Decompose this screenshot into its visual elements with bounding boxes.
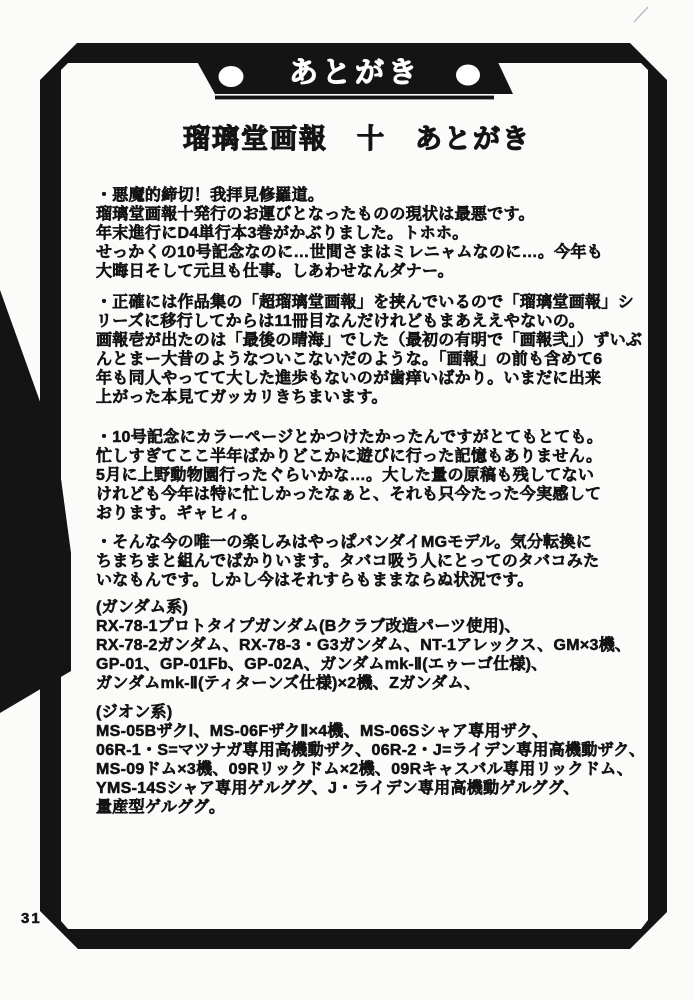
text-line: いなもんです。しかし今はそれすらもままならぬ状況です。 <box>96 571 599 590</box>
text-line: 年も同人やってて大した進歩もないのが歯痒いばかり。いまだに出来 <box>96 369 642 388</box>
text-line: ・10号記念にカラーページとかつけたかったんですがとてもとても。 <box>96 428 603 447</box>
list-item: 06R-1・S=マツナガ専用高機動ザク、06R-2・J=ライデン専用高機動ザク、 <box>96 741 645 760</box>
list-heading: (ガンダム系) <box>96 598 631 617</box>
list-item: MS-09ドム×3機、09Rリックドム×2機、09Rキャスバル専用リックドム、 <box>96 760 645 779</box>
banner-title: あとがき <box>247 50 463 91</box>
text-line: ちまちまと組んでばかりいます。タバコ吸う人にとってのタバコみた <box>96 552 599 571</box>
paragraph-deadline: ・悪魔的締切！我拝見修羅道。 瑠璃堂画報十発行のお運びとなったものの現状は最悪で… <box>96 186 603 281</box>
text-line: 瑠璃堂画報十発行のお運びとなったものの現状は最悪です。 <box>96 205 603 224</box>
text-line: ・悪魔的締切！我拝見修羅道。 <box>96 186 603 205</box>
text-line: んとまー大昔のようなついこないだのような。「画報」の前も含めて6 <box>96 350 642 369</box>
list-item: ガンダムmk-Ⅱ(ティターンズ仕様)×2機、Zガンダム、 <box>96 674 631 693</box>
text-line: ・そんな今の唯一の楽しみはやっぱバンダイMGモデル。気分転換に <box>96 533 599 552</box>
list-item: RX-78-1プロトタイプガンダム(Bクラブ改造パーツ使用)、 <box>96 617 631 636</box>
page-number: 31 <box>21 910 42 927</box>
text-line: 上がった本見てガッカリきちまいます。 <box>96 388 642 407</box>
paragraph-busy-year: ・10号記念にカラーページとかつけたかったんですがとてもとても。 忙しすぎてここ… <box>96 428 603 523</box>
scan-scratch <box>634 7 648 22</box>
text-line: 5月に上野動物園行ったぐらいかな…。大した量の原稿も残してない <box>96 466 603 485</box>
text-line: 大晦日そして元旦も仕事。しあわせなんダナー。 <box>96 262 603 281</box>
text-line: おります。ギャヒィ。 <box>96 504 603 523</box>
text-line: ・正確には作品集の「超瑠璃堂画報」を挟んでいるので「瑠璃堂画報」シ <box>96 293 642 312</box>
scanned-afterword-page: あとがき 瑠璃堂画報 十 あとがき ・悪魔的締切！我拝見修羅道。 瑠璃堂画報十発… <box>0 0 694 1000</box>
list-item: RX-78-2ガンダム、RX-78-3・G3ガンダム、NT-1アレックス、GM×… <box>96 636 631 655</box>
model-list-zeon: (ジオン系) MS-05BザクⅠ、MS-06FザクⅡ×4機、MS-06Sシャア専… <box>96 703 645 817</box>
paragraph-mg-models: ・そんな今の唯一の楽しみはやっぱバンダイMGモデル。気分転換に ちまちまと組んで… <box>96 533 599 590</box>
list-item: YMS-14Sシャア専用ゲルググ、J・ライデン専用高機動ゲルググ、 <box>96 779 645 798</box>
page-title: 瑠璃堂画報 十 あとがき <box>183 117 531 156</box>
list-heading: (ジオン系) <box>96 703 645 722</box>
banner-underline <box>215 96 494 100</box>
list-item: GP-01、GP-01Fb、GP-02A、ガンダムmk-Ⅱ(エゥーゴ仕様)、 <box>96 655 631 674</box>
text-line: けれども今年は特に忙しかったなぁと、それも只今たった今実感して <box>96 485 603 504</box>
text-line: 年末進行にD4単行本3巻がかぶりました。トホホ。 <box>96 224 603 243</box>
text-line: 画報壱が出たのは「最後の晴海」でした（最初の有明で「画報弐」）ずいぶ <box>96 331 642 350</box>
list-item: MS-05BザクⅠ、MS-06FザクⅡ×4機、MS-06Sシャア専用ザク、 <box>96 722 645 741</box>
paragraph-series-history: ・正確には作品集の「超瑠璃堂画報」を挟んでいるので「瑠璃堂画報」シ リーズに移行… <box>96 293 642 407</box>
text-line: せっかくの10号記念なのに…世間さまはミレニャムなのに…。今年も <box>96 243 603 262</box>
text-line: リーズに移行してからは11冊目なんだけれどもまあええやないの。 <box>96 312 642 331</box>
text-line: 忙しすぎてここ半年ばかりどこかに遊びに行った記憶もありません。 <box>96 447 603 466</box>
banner-dot-left-icon <box>219 66 244 87</box>
model-list-gundam: (ガンダム系) RX-78-1プロトタイプガンダム(Bクラブ改造パーツ使用)、 … <box>96 598 631 693</box>
list-item: 量産型ゲルググ。 <box>96 798 645 817</box>
